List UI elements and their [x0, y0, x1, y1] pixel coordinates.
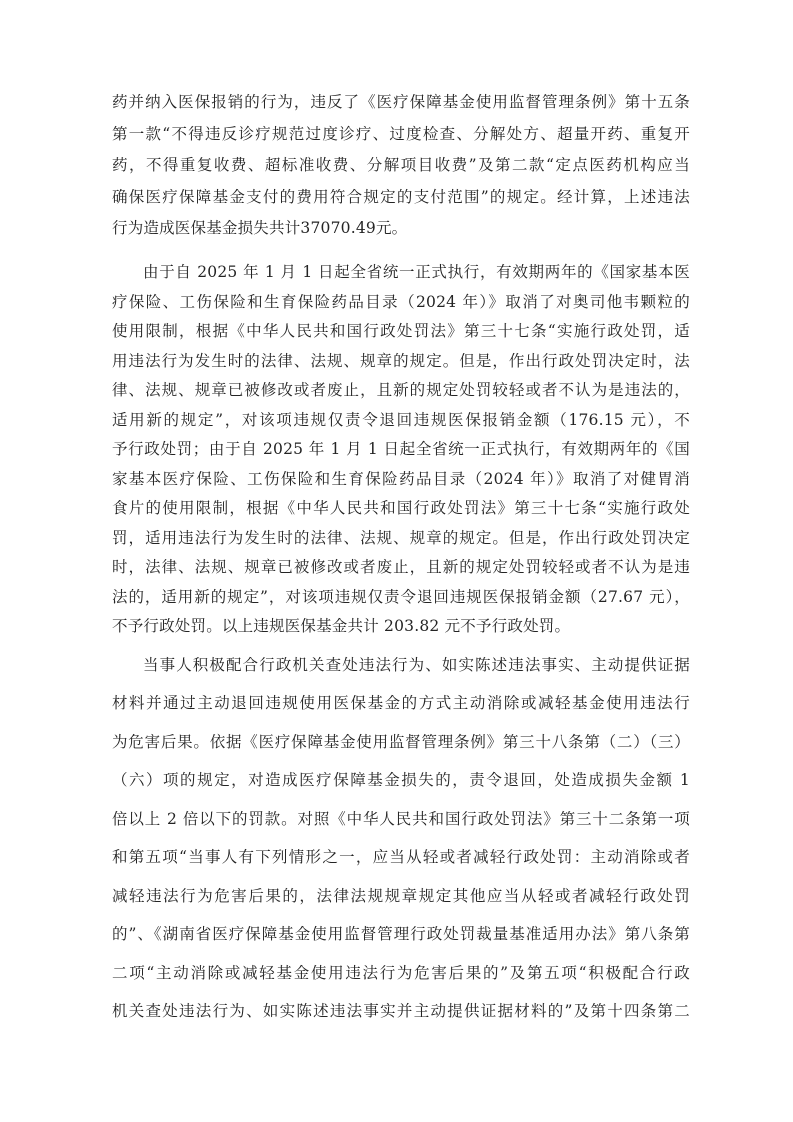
- text-line: 为危害后果。依据《医疗保障基金使用监督管理条例》第三十八条第（二）（三）: [112, 723, 690, 762]
- document-body: 药并纳入医保报销的行为，违反了《医疗保障基金使用监督管理条例》第十五条第一款“不…: [112, 87, 690, 1031]
- text-line: 罚，适用违法行为发生时的法律、法规、规章的规定。但是，作出行政处罚决定: [112, 524, 690, 554]
- text-line: 倍以上 2 倍以下的罚款。对照《中华人民共和国行政处罚法》第三十二条第一项: [112, 800, 690, 839]
- text-line: 家基本医疗保险、工伤保险和生育保险药品目录（2024 年）》取消了对健胃消: [112, 465, 690, 495]
- text-line: 机关查处违法行为、如实陈述违法事实并主动提供证据材料的”及第十四条第二: [112, 992, 690, 1031]
- text-line: 二项“主动消除或减轻基金使用违法行为危害后果的”及第五项“积极配合行政: [112, 954, 690, 993]
- text-line: 行为造成医保基金损失共计37070.49元。: [112, 213, 690, 245]
- text-line: 时，法律、法规、规章已被修改或者废止，且新的规定处罚较轻或者不认为是违: [112, 553, 690, 583]
- text-line: 第一款“不得违反诊疗规范过度诊疗、过度检查、分解处方、超量开药、重复开: [112, 119, 690, 151]
- text-line: 疗保险、工伤保险和生育保险药品目录（2024 年）》取消了对奥司他韦颗粒的: [112, 288, 690, 318]
- paragraph: 由于自 2025 年 1 月 1 日起全省统一正式执行，有效期两年的《国家基本医…: [112, 258, 690, 642]
- text-line: 法的，适用新的规定”，对该项违规仅责令退回违规医保报销金额（27.67 元），: [112, 583, 690, 613]
- text-line: 不予行政处罚。以上违规医保基金共计 203.82 元不予行政处罚。: [112, 612, 690, 642]
- text-line: 的”、《湖南省医疗保障基金使用监督管理行政处罚裁量基准适用办法》第八条第: [112, 915, 690, 954]
- text-line: 律、法规、规章已被修改或者废止，且新的规定处罚较轻或者不认为是违法的，: [112, 376, 690, 406]
- text-line: 适用新的规定”，对该项违规仅责令退回违规医保报销金额（176.15 元），不: [112, 406, 690, 436]
- text-line: 使用限制，根据《中华人民共和国行政处罚法》第三十七条“实施行政处罚，适: [112, 317, 690, 347]
- text-line: 药并纳入医保报销的行为，违反了《医疗保障基金使用监督管理条例》第十五条: [112, 87, 690, 119]
- text-line: 由于自 2025 年 1 月 1 日起全省统一正式执行，有效期两年的《国家基本医: [112, 258, 690, 288]
- text-line: 药，不得重复收费、超标准收费、分解项目收费”及第二款“定点医药机构应当: [112, 150, 690, 182]
- paragraph: 药并纳入医保报销的行为，违反了《医疗保障基金使用监督管理条例》第十五条第一款“不…: [112, 87, 690, 245]
- text-line: 当事人积极配合行政机关查处违法行为、如实陈述违法事实、主动提供证据: [112, 646, 690, 685]
- text-line: 材料并通过主动退回违规使用医保基金的方式主动消除或减轻基金使用违法行: [112, 684, 690, 723]
- paragraph: 当事人积极配合行政机关查处违法行为、如实陈述违法事实、主动提供证据材料并通过主动…: [112, 646, 690, 1031]
- text-line: 减轻违法行为危害后果的，法律法规规章规定其他应当从轻或者减轻行政处罚: [112, 877, 690, 916]
- text-line: 予行政处罚；由于自 2025 年 1 月 1 日起全省统一正式执行，有效期两年的…: [112, 435, 690, 465]
- document-page: 药并纳入医保报销的行为，违反了《医疗保障基金使用监督管理条例》第十五条第一款“不…: [0, 0, 793, 1122]
- text-line: （六）项的规定，对造成医疗保障基金损失的，责令退回，处造成损失金额 1: [112, 761, 690, 800]
- text-line: 用违法行为发生时的法律、法规、规章的规定。但是，作出行政处罚决定时，法: [112, 347, 690, 377]
- text-line: 食片的使用限制，根据《中华人民共和国行政处罚法》第三十七条“实施行政处: [112, 494, 690, 524]
- text-line: 和第五项“当事人有下列情形之一，应当从轻或者减轻行政处罚：主动消除或者: [112, 838, 690, 877]
- text-line: 确保医疗保障基金支付的费用符合规定的支付范围”的规定。经计算，上述违法: [112, 182, 690, 214]
